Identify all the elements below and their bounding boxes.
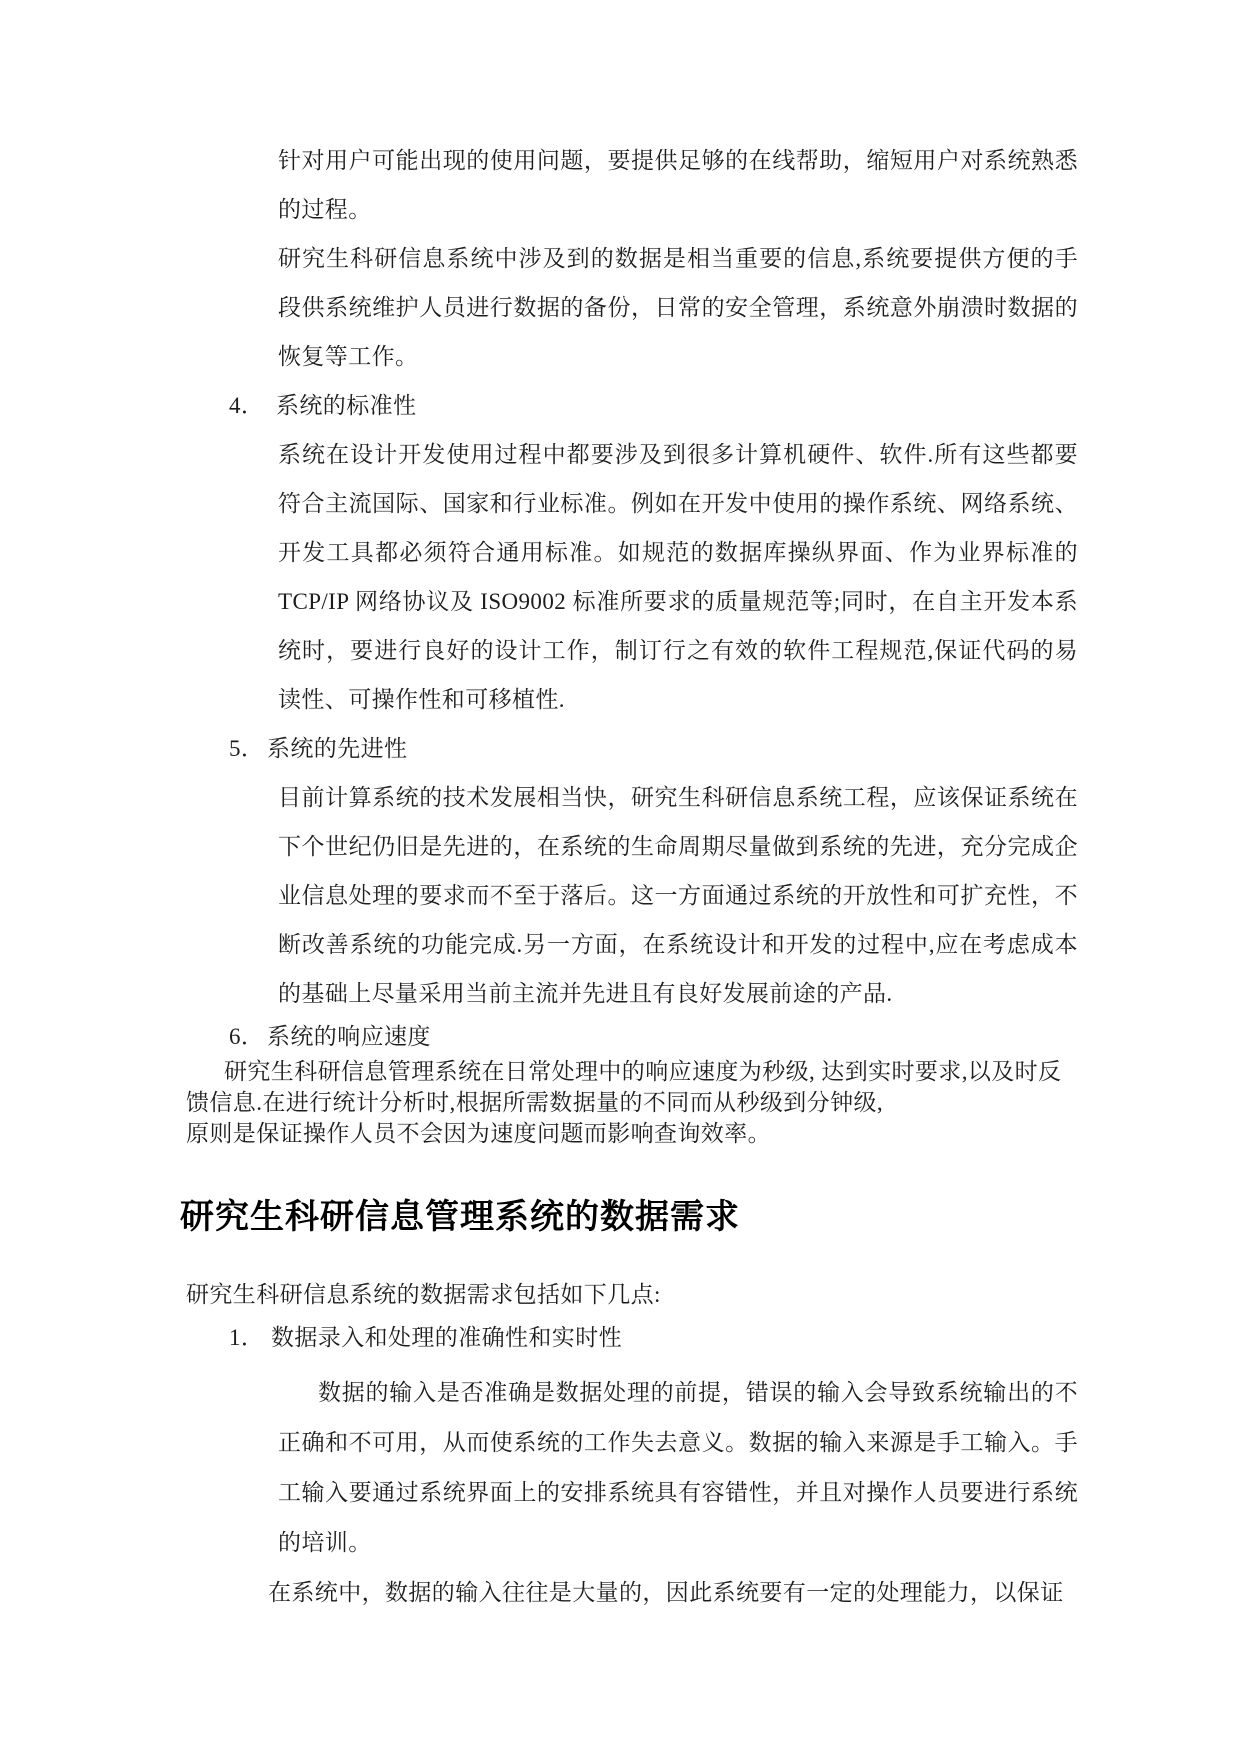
- paragraph-advancement-body: 目前计算系统的技术发展相当快，研究生科研信息系统工程，应该保证系统在下个世纪仍旧…: [278, 773, 1078, 1018]
- response-speed-line-2: 馈信息.在进行统计分析时,根据所需数据量的不同而从秒级到分钟级,: [186, 1087, 1070, 1118]
- item-4-title: 系统的标准性: [276, 393, 416, 418]
- item-1-title: 数据录入和处理的准确性和实时性: [271, 1325, 622, 1350]
- list-item-1-data-entry-accuracy: 1．数据录入和处理的准确性和实时性: [229, 1322, 1241, 1354]
- item-5-number: 5．: [229, 724, 267, 773]
- response-speed-line-3: 原则是保证操作人员不会因为速度问题而影响查询效率。: [186, 1118, 1070, 1149]
- paragraph-standardization-body: 系统在设计开发使用过程中都要涉及到很多计算机硬件、软件.所有这些都要符合主流国际…: [278, 430, 1078, 724]
- list-item-5-system-advancement: 5．系统的先进性: [229, 724, 1241, 773]
- paragraph-data-backup: 研究生科研信息系统中涉及到的数据是相当重要的信息,系统要提供方便的手段供系统维护…: [278, 234, 1078, 381]
- paragraph-data-requirements-intro: 研究生科研信息系统的数据需求包括如下几点:: [186, 1279, 1241, 1310]
- paragraph-data-entry-body: 数据的输入是否准确是数据处理的前提，错误的输入会导致系统输出的不正确和不可用，从…: [278, 1368, 1078, 1568]
- item-5-title: 系统的先进性: [267, 736, 407, 761]
- response-speed-line-1: 研究生科研信息管理系统在日常处理中的响应速度为秒级, 达到实时要求,以及时反: [186, 1056, 1070, 1087]
- item-1-number: 1．: [229, 1322, 271, 1354]
- paragraph-online-help: 针对用户可能出现的使用问题，要提供足够的在线帮助，缩短用户对系统熟悉的过程。: [278, 136, 1078, 234]
- document-page: 针对用户可能出现的使用问题，要提供足够的在线帮助，缩短用户对系统熟悉的过程。 研…: [0, 0, 1241, 1754]
- list-item-4-system-standardization: 4．系统的标准性: [229, 381, 1241, 430]
- item-6-number: 6．: [229, 1018, 267, 1056]
- paragraph-closing: 在系统中，数据的输入往往是大量的，因此系统要有一定的处理能力，以保证: [268, 1568, 1080, 1618]
- list-item-6-response-speed: 6．系统的响应速度: [229, 1018, 1241, 1056]
- page-content: 针对用户可能出现的使用问题，要提供足够的在线帮助，缩短用户对系统熟悉的过程。 研…: [0, 0, 1241, 1618]
- item-6-title: 系统的响应速度: [267, 1024, 431, 1049]
- paragraph-response-speed-body: 研究生科研信息管理系统在日常处理中的响应速度为秒级, 达到实时要求,以及时反 馈…: [186, 1056, 1070, 1149]
- section-heading-data-requirements: 研究生科研信息管理系统的数据需求: [180, 1195, 1241, 1239]
- item-4-number: 4．: [229, 381, 276, 430]
